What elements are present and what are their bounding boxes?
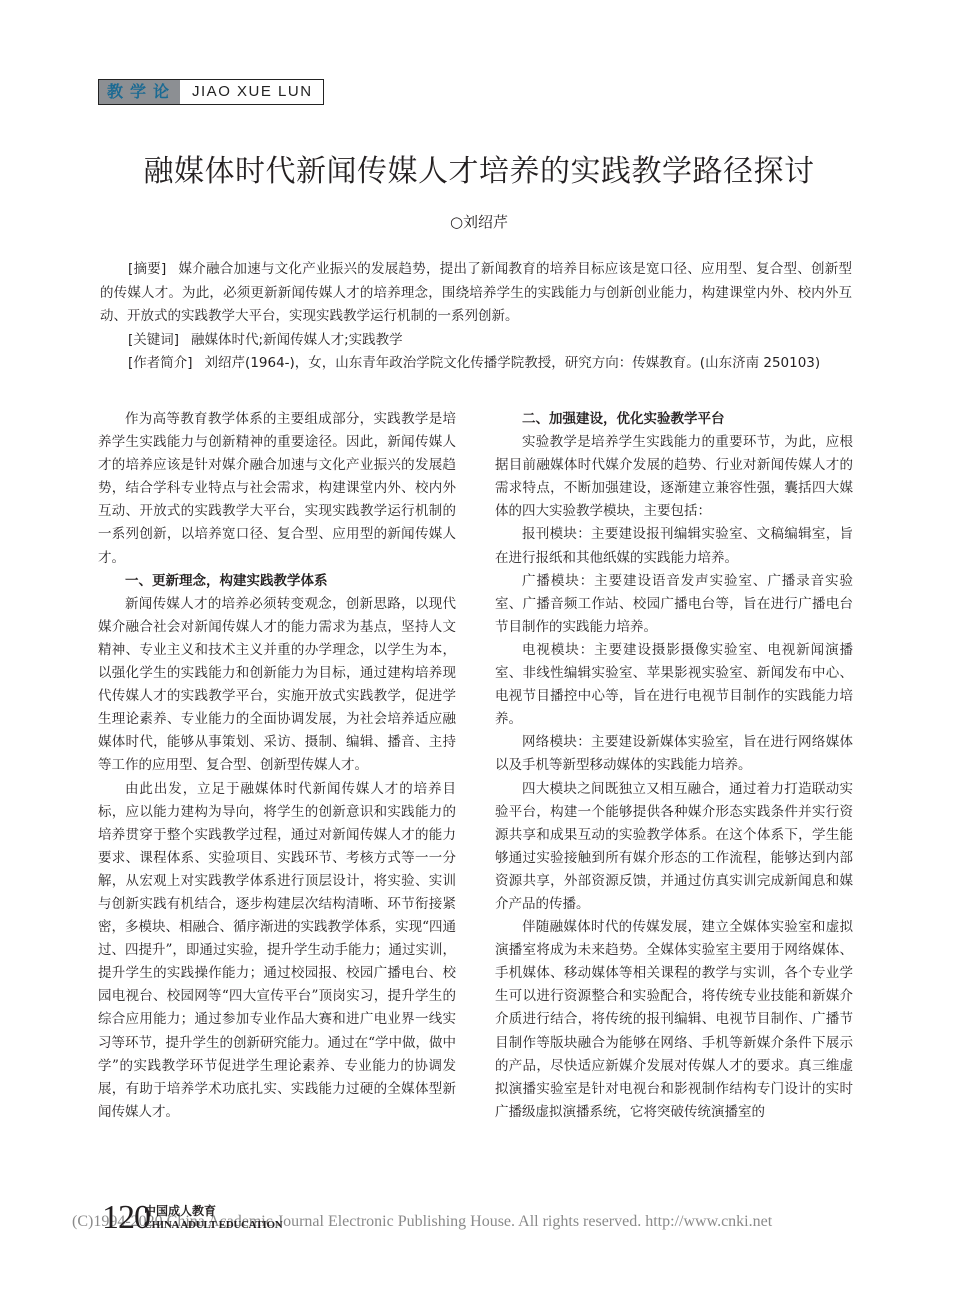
page-number: 120 — [102, 1199, 150, 1237]
article-title: 融媒体时代新闻传媒人才培养的实践教学路径探讨 — [0, 146, 958, 190]
section-tag: 教学论 JIAO XUE LUN — [98, 79, 324, 105]
paragraph: 由此出发，立足于融媒体时代新闻传媒人才的培养目标，应以能力建构为导向，将学生的创… — [98, 778, 456, 1124]
journal-name-en: CHINA ADULT EDUCATION — [144, 1219, 282, 1231]
abstract-text: 媒介融合加速与文化产业振兴的发展趋势，提出了新闻教育的培养目标应该是宽口径、应用… — [100, 261, 852, 324]
paragraph: 广播模块：主要建设语音发声实验室、广播录音实验室、广播音频工作站、校园广播电台等… — [495, 570, 853, 639]
section-tag-en: JIAO XUE LUN — [180, 80, 323, 104]
bio-text: 刘绍芹(1964-)，女，山东青年政治学院文化传播学院教授，研究方向：传媒教育。… — [205, 355, 821, 371]
paragraph: 作为高等教育教学体系的主要组成部分，实践教学是培养学生实践能力与创新精神的重要途… — [98, 408, 456, 570]
section-heading-1: 一、更新理念，构建实践教学体系 — [98, 570, 456, 593]
paragraph: 网络模块：主要建设新媒体实验室，旨在进行网络媒体以及手机等新型移动媒体的实践能力… — [495, 731, 853, 777]
section-heading-2: 二、加强建设，优化实验教学平台 — [495, 408, 853, 431]
keywords-label: [关键词] — [128, 332, 179, 348]
paragraph: 实验教学是培养学生实践能力的重要环节，为此，应根据目前融媒体时代媒介发展的趋势、… — [495, 431, 853, 523]
paragraph: 报刊模块：主要建设报刊编辑实验室、文稿编辑室，旨在进行报纸和其他纸媒的实践能力培… — [495, 523, 853, 569]
abstract: [摘要]媒介融合加速与文化产业振兴的发展趋势，提出了新闻教育的培养目标应该是宽口… — [100, 258, 852, 329]
section-tag-cn: 教学论 — [99, 80, 180, 104]
bio-label: [作者简介] — [128, 355, 193, 371]
keywords: [关键词]融媒体时代;新闻传媒人才;实践教学 — [100, 329, 852, 353]
abstract-label: [摘要] — [128, 261, 166, 277]
paragraph: 电视模块：主要建设摄影摄像实验室、电视新闻演播室、非线性编辑实验室、苹果影视实验… — [495, 639, 853, 731]
journal-name-cn: 中国成人教育 — [144, 1202, 216, 1219]
paragraph: 新闻传媒人才的培养必须转变观念，创新思路，以现代媒介融合社会对新闻传媒人才的能力… — [98, 593, 456, 778]
author-bio: [作者简介]刘绍芹(1964-)，女，山东青年政治学院文化传播学院教授，研究方向… — [100, 352, 852, 376]
paragraph: 伴随融媒体时代的传媒发展，建立全媒体实验室和虚拟演播室将成为未来趋势。全媒体实验… — [495, 916, 853, 1124]
body-column-left: 作为高等教育教学体系的主要组成部分，实践教学是培养学生实践能力与创新精神的重要途… — [98, 408, 456, 1124]
article-author: ○刘绍芹 — [0, 211, 958, 232]
page-footer: (C)1994-2020 China Academic Journal Elec… — [62, 1199, 862, 1239]
body-column-right: 二、加强建设，优化实验教学平台 实验教学是培养学生实践能力的重要环节，为此，应根… — [495, 408, 853, 1124]
paragraph: 四大模块之间既独立又相互融合，通过着力打造联动实验平台，构建一个能够提供各种媒介… — [495, 778, 853, 917]
abstract-block: [摘要]媒介融合加速与文化产业振兴的发展趋势，提出了新闻教育的培养目标应该是宽口… — [100, 258, 852, 376]
keywords-text: 融媒体时代;新闻传媒人才;实践教学 — [191, 332, 403, 348]
